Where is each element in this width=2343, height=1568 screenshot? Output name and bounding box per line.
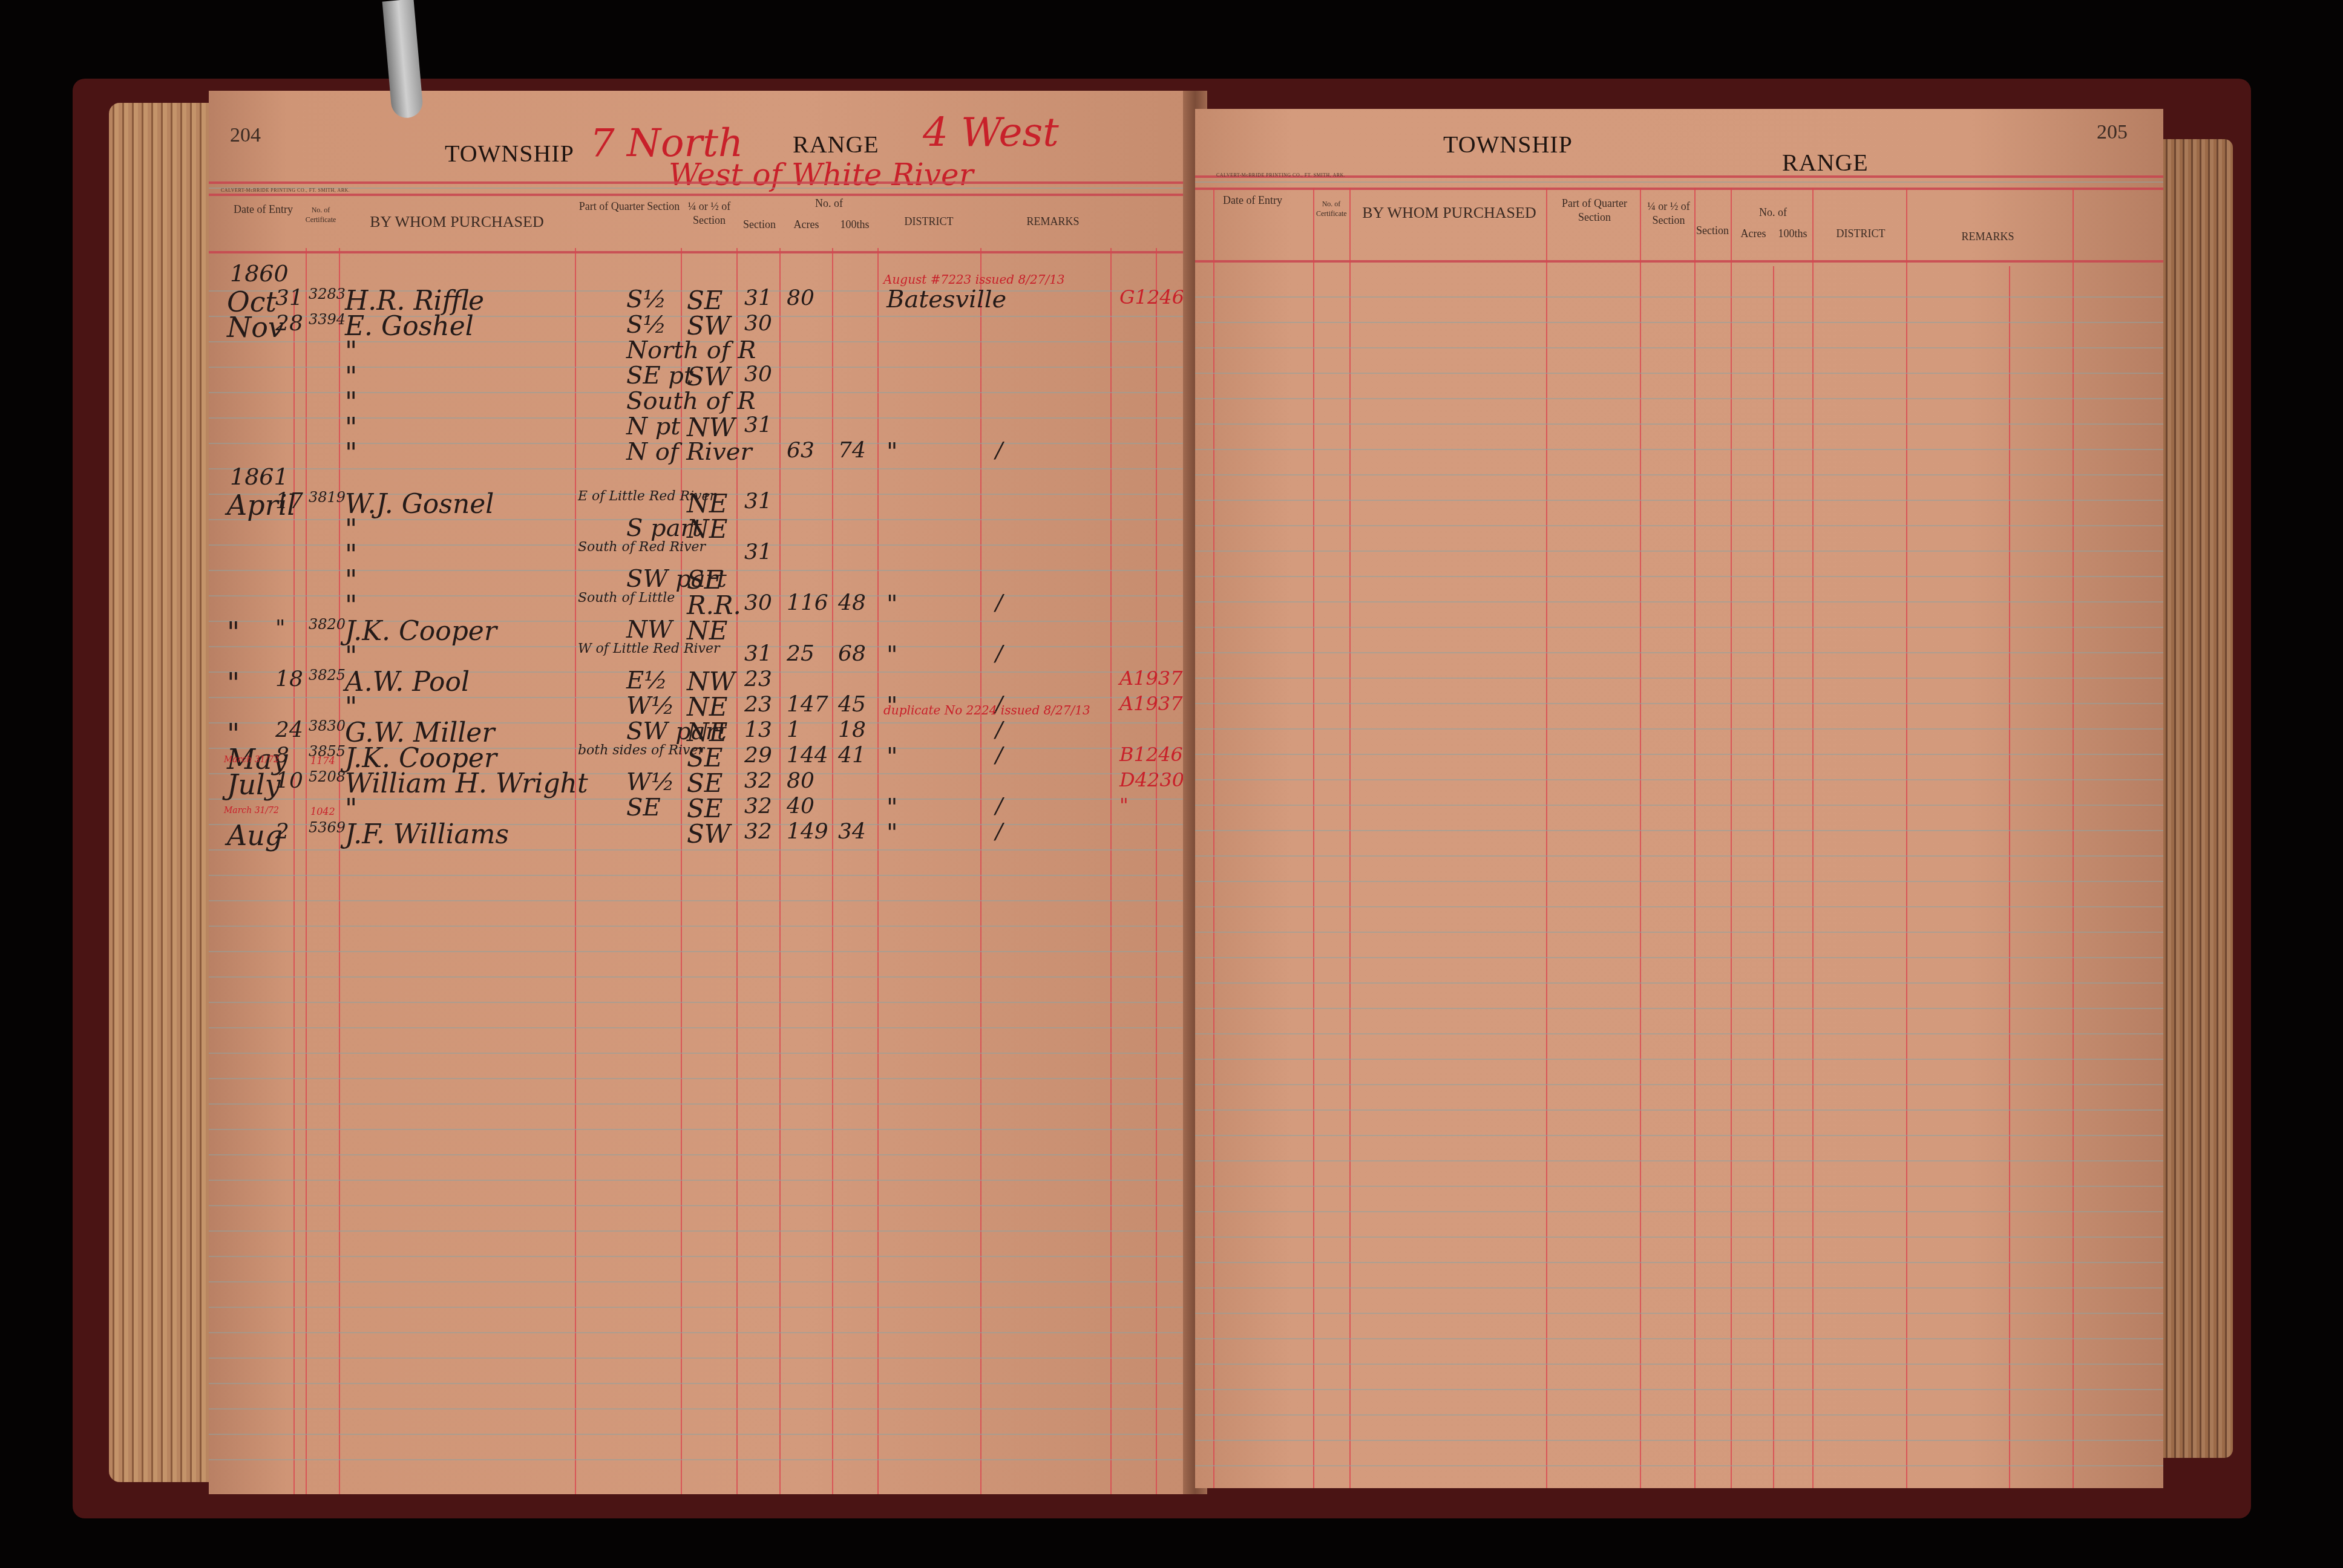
entry-section: 31 xyxy=(744,286,772,310)
ruled-line xyxy=(1195,601,2163,603)
entry-day: 31 xyxy=(275,286,303,310)
ruled-line xyxy=(209,1205,1192,1206)
entry-quarter: SW xyxy=(687,819,730,849)
entry-hundredths: 45 xyxy=(838,692,866,717)
ruled-line xyxy=(1195,830,2163,831)
ruled-line xyxy=(209,1408,1192,1410)
entry-part: NW xyxy=(626,616,672,644)
entry-date_red: March 31/72 xyxy=(224,755,279,765)
ruled-line xyxy=(209,1281,1192,1282)
entry-part: S½ xyxy=(626,311,666,339)
entry-remark_red: A1937 xyxy=(1119,667,1183,690)
header-date-of-entry: Date of Entry xyxy=(227,203,300,217)
header-remarks: REMARKS xyxy=(1909,230,2066,244)
entry-section: 23 xyxy=(744,692,772,717)
entry-section: 29 xyxy=(744,743,772,768)
ruled-line xyxy=(209,900,1192,901)
header-quarter-half: ¼ or ½ of Section xyxy=(682,200,736,228)
entry-section: 32 xyxy=(744,819,772,844)
ruled-line xyxy=(1195,1262,2163,1263)
ruled-line xyxy=(1195,1440,2163,1441)
ruled-line xyxy=(1195,754,2163,755)
header-by-whom: BY WHOM PURCHASED xyxy=(342,212,572,232)
entry-hundredths: 48 xyxy=(838,590,866,615)
ruled-line xyxy=(1195,550,2163,552)
entry-part: South of Little xyxy=(578,590,675,606)
entry-section: 31 xyxy=(744,489,772,514)
entry-year: 1861 xyxy=(230,463,289,490)
entry-acres: 25 xyxy=(787,641,814,666)
entry-district_red: August #7223 issued 8/27/13 xyxy=(883,272,1065,287)
entry-acres: 80 xyxy=(787,768,814,793)
entry-acres: 1 xyxy=(787,717,801,742)
range-value: 4 West xyxy=(923,109,1059,155)
entry-month: July xyxy=(227,768,281,801)
header-no-of: No. of xyxy=(781,197,877,211)
entry-district_red: duplicate No 2224 issued 8/27/13 xyxy=(883,703,1090,717)
ruled-line xyxy=(1195,678,2163,679)
ruled-line xyxy=(1195,1160,2163,1161)
ruled-line xyxy=(1195,652,2163,653)
entry-district: " xyxy=(886,641,897,669)
ruled-line xyxy=(1195,1389,2163,1390)
entry-part: both sides of River xyxy=(578,743,704,758)
entry-hundredths: 18 xyxy=(838,717,866,742)
ruled-line xyxy=(1195,1059,2163,1060)
ruled-line xyxy=(1195,322,2163,323)
entry-part: W½ xyxy=(626,692,675,720)
ruled-line xyxy=(209,1053,1192,1054)
entry-remark_red: D4230 xyxy=(1119,768,1184,791)
ruled-line xyxy=(209,1180,1192,1181)
entry-acres: 63 xyxy=(787,438,814,463)
ruled-line xyxy=(209,1027,1192,1028)
entry-acres: 40 xyxy=(787,794,814,818)
ruled-line xyxy=(1195,1186,2163,1187)
header-acres: Acres xyxy=(1734,227,1773,241)
ruled-line xyxy=(1195,296,2163,298)
entry-section: 31 xyxy=(744,413,772,437)
entry-district: " xyxy=(886,794,897,822)
entry-remark: / xyxy=(995,743,1003,768)
ruled-line xyxy=(1195,1414,2163,1416)
ruled-line xyxy=(1195,805,2163,806)
entry-cert: 3283 xyxy=(309,286,346,302)
ruled-line xyxy=(209,1357,1192,1359)
entry-hundredths: 34 xyxy=(838,819,866,844)
entry-name: W.J. Gosnel xyxy=(345,489,494,520)
ruled-line xyxy=(1195,982,2163,984)
ruled-line xyxy=(209,1129,1192,1130)
entry-section: 31 xyxy=(744,641,772,666)
ruled-line xyxy=(1195,627,2163,628)
entry-name: J.F. Williams xyxy=(345,819,509,850)
ruled-line xyxy=(1195,779,2163,780)
ruled-line xyxy=(1195,347,2163,348)
township-label: TOWNSHIP xyxy=(1443,130,1573,158)
ruled-line xyxy=(209,1154,1192,1155)
ruled-line xyxy=(1195,1084,2163,1085)
entry-name: E. Goshel xyxy=(345,311,474,342)
ruled-line xyxy=(209,1002,1192,1003)
entry-cert_red: 1174 xyxy=(310,755,335,766)
entry-district: Batesville xyxy=(886,286,1006,313)
entry-name: J.K. Cooper xyxy=(345,616,497,647)
entry-month: " xyxy=(227,667,240,699)
entry-acres: 149 xyxy=(787,819,828,844)
entry-section: 30 xyxy=(744,590,772,615)
entry-remark: / xyxy=(995,590,1003,615)
entry-cert: 3819 xyxy=(309,489,346,506)
ruled-line xyxy=(209,1078,1192,1079)
entry-hundredths: 74 xyxy=(838,438,866,463)
entry-acres: 80 xyxy=(787,286,814,310)
entry-district: " xyxy=(886,743,897,771)
entry-year: 1860 xyxy=(230,260,289,287)
header-acres: Acres xyxy=(781,218,832,232)
entry-district: " xyxy=(886,438,897,466)
ruled-line xyxy=(1195,500,2163,501)
ruled-line xyxy=(209,1434,1192,1435)
ruled-line xyxy=(209,1230,1192,1232)
header-hundredths: 100ths xyxy=(1773,227,1812,241)
ruled-line xyxy=(1195,474,2163,475)
ruled-line xyxy=(1195,1364,2163,1365)
header-certificate: No. of Certificate xyxy=(303,206,339,224)
header-date-of-entry: Date of Entry xyxy=(1213,194,1292,207)
header-by-whom: BY WHOM PURCHASED xyxy=(1352,203,1546,223)
entry-day: 2 xyxy=(275,819,289,844)
ruled-line xyxy=(1195,1313,2163,1314)
page-edges-right xyxy=(2154,139,2233,1458)
ruled-line xyxy=(1195,703,2163,704)
ruled-line xyxy=(209,1332,1192,1333)
ruled-line xyxy=(1195,1109,2163,1111)
ledger-page-right: 205 TOWNSHIP RANGE CALVERT-McBRIDE PRINT… xyxy=(1195,109,2163,1488)
entry-section: 32 xyxy=(744,794,772,818)
ruled-line xyxy=(1195,1033,2163,1034)
entry-part: South of R xyxy=(626,387,756,415)
entry-remark: / xyxy=(995,717,1003,742)
entry-part: W of Little Red River xyxy=(578,641,720,656)
ruled-line xyxy=(1195,906,2163,907)
header-remarks: REMARKS xyxy=(983,215,1122,229)
range-label: RANGE xyxy=(793,130,879,158)
header-certificate: No. of Certificate xyxy=(1316,200,1346,218)
entry-cert: 3825 xyxy=(309,667,346,684)
ruled-line xyxy=(209,1459,1192,1460)
entry-part: N pt xyxy=(626,413,680,440)
entry-acres: 147 xyxy=(787,692,828,717)
header-district: DISTRICT xyxy=(880,215,977,229)
entry-day: 24 xyxy=(275,717,303,742)
entry-day: 18 xyxy=(275,667,303,691)
ruled-line xyxy=(1195,855,2163,857)
entry-district: " xyxy=(886,590,897,618)
township-label: TOWNSHIP xyxy=(445,139,574,168)
entry-hundredths: 68 xyxy=(838,641,866,666)
entry-date_red: March 31/72 xyxy=(224,806,279,815)
entry-section: 30 xyxy=(744,362,772,387)
header-part-of-quarter: Part of Quarter Section xyxy=(578,200,681,214)
ruled-line xyxy=(209,926,1192,927)
entry-part: SE pt xyxy=(626,362,693,390)
ruled-line xyxy=(1195,576,2163,577)
ruled-line xyxy=(1195,1008,2163,1009)
entry-section: 13 xyxy=(744,717,772,742)
entry-cert: 5369 xyxy=(309,819,346,836)
entry-remark_red: A1937 xyxy=(1119,692,1183,715)
entry-part: N of River xyxy=(626,438,752,466)
printer-imprint: CALVERT-McBRIDE PRINTING CO., FT. SMITH,… xyxy=(1216,172,1345,178)
header-hundredths: 100ths xyxy=(832,218,877,232)
page-number: 204 xyxy=(230,124,261,147)
entry-section: 30 xyxy=(744,311,772,336)
ruled-line xyxy=(1195,1211,2163,1212)
entry-month: Aug xyxy=(227,819,283,852)
range-label: RANGE xyxy=(1782,148,1869,177)
header-no-of: No. of xyxy=(1734,206,1812,220)
ruled-line xyxy=(1195,1135,2163,1136)
entry-day: 10 xyxy=(275,768,303,793)
entry-hundredths: 41 xyxy=(838,743,866,768)
entry-cert: 3820 xyxy=(309,616,346,633)
entry-month: " xyxy=(227,616,240,648)
ruled-line xyxy=(1195,398,2163,399)
entry-day: 28 xyxy=(275,311,303,336)
ledger-page-left: 204 TOWNSHIP 7 North RANGE 4 West West o… xyxy=(209,91,1192,1494)
entry-district: " xyxy=(886,819,897,847)
entry-section: 32 xyxy=(744,768,772,793)
ruled-line xyxy=(1195,525,2163,526)
ruled-line xyxy=(1195,881,2163,882)
header-quarter-half: ¼ or ½ of Section xyxy=(1643,200,1694,228)
ruled-line xyxy=(209,976,1192,978)
ruled-line xyxy=(1195,728,2163,730)
ruled-line xyxy=(209,1256,1192,1257)
ruled-line xyxy=(1195,1236,2163,1238)
ruled-line xyxy=(1195,423,2163,425)
entry-remark: / xyxy=(995,438,1003,463)
entry-remark: / xyxy=(995,794,1003,818)
ruled-line xyxy=(209,951,1192,952)
ruled-line xyxy=(1195,932,2163,933)
ruled-line xyxy=(209,1307,1192,1308)
entry-name: A.W. Pool xyxy=(345,667,470,697)
printer-imprint: CALVERT-McBRIDE PRINTING CO., FT. SMITH,… xyxy=(221,188,350,193)
ruled-line xyxy=(1195,1338,2163,1339)
entry-day: 17 xyxy=(275,489,303,514)
header-district: DISTRICT xyxy=(1815,227,1906,241)
entry-part: South of Red River xyxy=(578,540,706,555)
entry-remark_red: " xyxy=(1119,794,1129,817)
ruled-line xyxy=(1195,957,2163,958)
entry-remark: / xyxy=(995,819,1003,844)
entry-cert: 3394 xyxy=(309,311,346,328)
header-part-of-quarter: Part of Quarter Section xyxy=(1549,197,1640,225)
entry-cert: 5208 xyxy=(309,768,346,785)
ruled-line xyxy=(209,1383,1192,1384)
ruled-line xyxy=(1195,1287,2163,1289)
entry-day: " xyxy=(275,616,286,641)
entry-section: 23 xyxy=(744,667,772,691)
header-section: Section xyxy=(738,218,781,232)
entry-section: 31 xyxy=(744,540,772,564)
ruled-line xyxy=(209,875,1192,876)
entry-acres: 116 xyxy=(787,590,828,615)
entry-part: SE xyxy=(626,794,661,822)
ruled-line xyxy=(1195,373,2163,374)
entry-cert: 3830 xyxy=(309,717,346,734)
entry-remark: / xyxy=(995,641,1003,666)
entry-part: E½ xyxy=(626,667,667,694)
ruled-line xyxy=(1195,1465,2163,1466)
ruled-line xyxy=(1195,449,2163,450)
entry-cert_red: 1042 xyxy=(310,806,335,817)
page-number: 205 xyxy=(2097,121,2128,144)
entry-name: " xyxy=(345,438,357,469)
header-section: Section xyxy=(1694,224,1731,238)
entry-part: W½ xyxy=(626,768,675,796)
entry-acres: 144 xyxy=(787,743,828,768)
ruled-line xyxy=(209,1103,1192,1105)
entry-part: North of R xyxy=(626,336,756,364)
entry-part: S½ xyxy=(626,286,666,313)
entry-name: William H. Wright xyxy=(345,768,588,799)
